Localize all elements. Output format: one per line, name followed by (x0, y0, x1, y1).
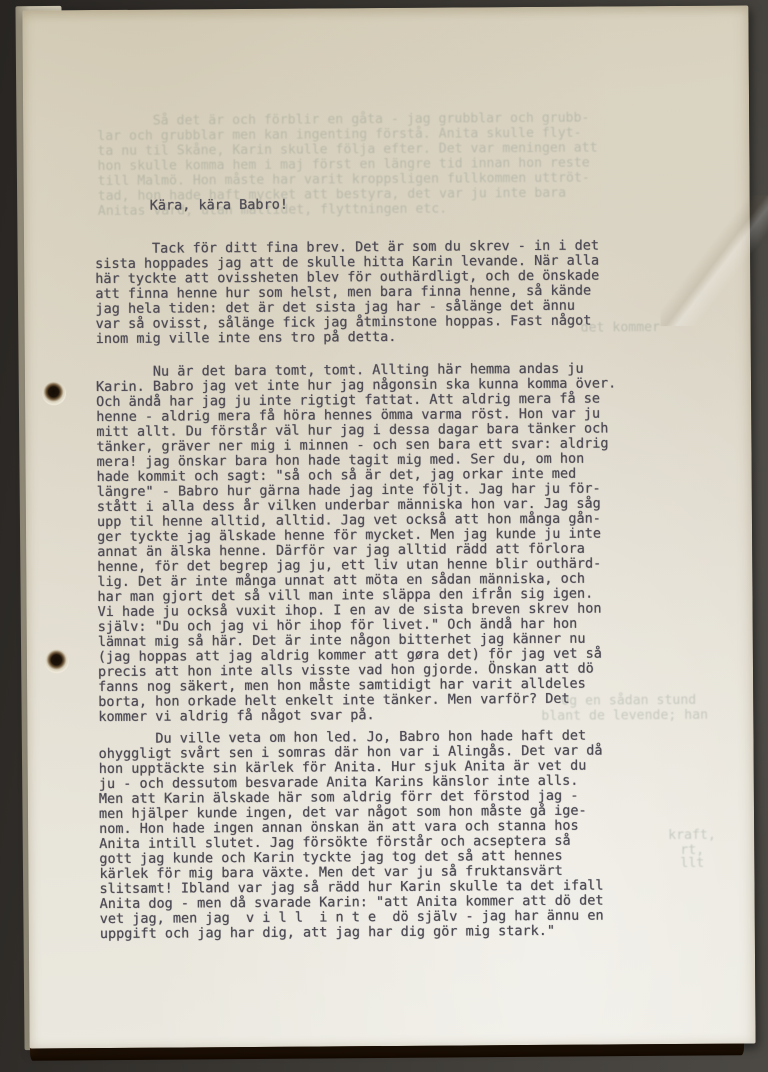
letter-paragraph: Du ville veta om hon led. Jo, Babro hon … (98, 729, 603, 943)
bleedthrough-fragment: kraft, (668, 828, 716, 843)
salutation: Kära, kära Babro! (150, 198, 288, 214)
letter-paragraph: Nu är det bara tomt, tomt. Allting här h… (96, 361, 619, 725)
letter-page: Så det är och förblir en gåta - jag grub… (22, 5, 755, 1048)
punch-hole-top (42, 381, 66, 405)
letter-paragraph: Tack för ditt fina brev. Det är som du s… (95, 239, 600, 348)
bleedthrough-fragment: llt (680, 856, 704, 871)
punch-hole-bottom (45, 649, 69, 673)
paper-crease (660, 195, 768, 326)
scan-background: Så det är och förblir en gåta - jag grub… (0, 0, 768, 1072)
